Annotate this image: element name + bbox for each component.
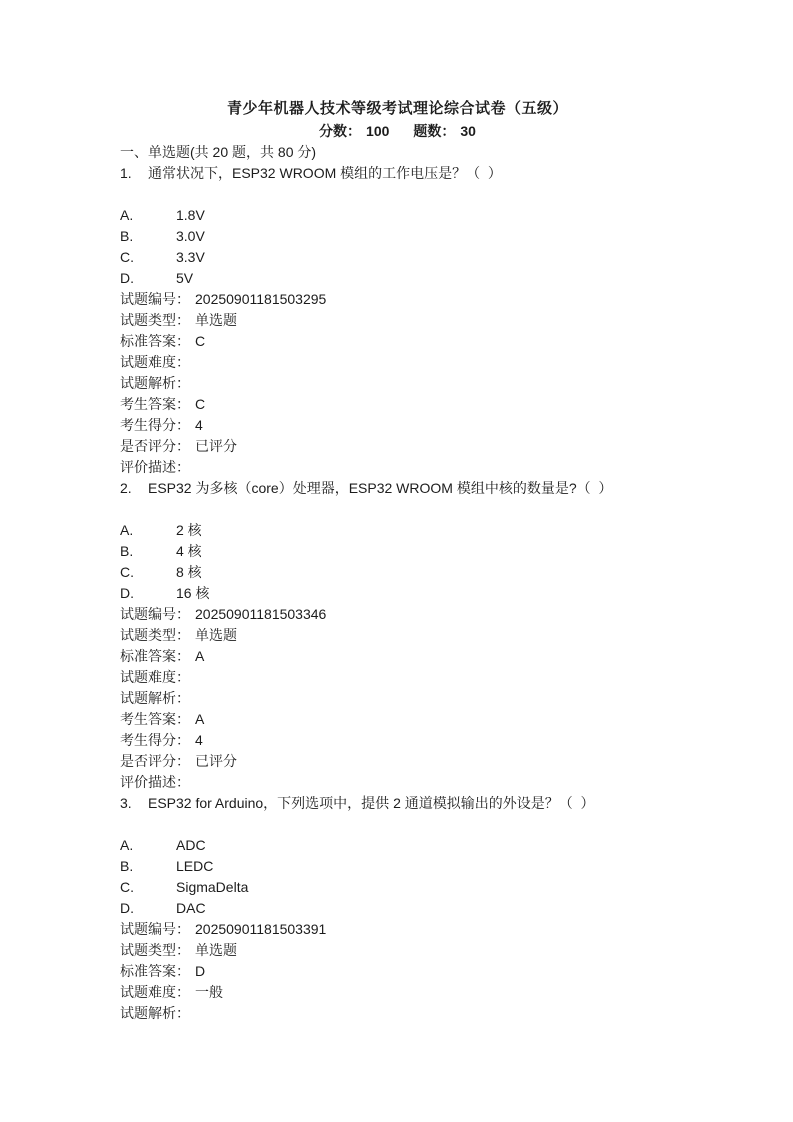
- meta-value: 一般: [195, 984, 223, 1000]
- meta-value: 4: [195, 417, 203, 433]
- meta-value: C: [195, 333, 205, 349]
- question-text: ESP32 为多核（core）处理器，ESP32 WROOM 模组中核的数量是?…: [148, 480, 612, 496]
- meta-standard-answer: 标准答案：D: [120, 961, 675, 982]
- option-a: A.2 核: [120, 520, 675, 541]
- meta-value: 已评分: [195, 438, 237, 454]
- meta-student-score: 考生得分：4: [120, 415, 675, 436]
- option-d: D.5V: [120, 268, 675, 289]
- question-text: ESP32 for Arduino，下列选项中，提供 2 通道模拟输出的外设是？…: [148, 795, 595, 811]
- blank-line: [120, 499, 675, 520]
- meta-label: 试题类型：: [120, 312, 190, 328]
- meta-label: 试题编号：: [120, 606, 190, 622]
- option-letter: B.: [120, 856, 176, 877]
- meta-label: 试题类型：: [120, 942, 190, 958]
- meta-value: 20250901181503295: [195, 291, 326, 307]
- question-count-value: 30: [460, 123, 476, 139]
- option-text: 3.0V: [176, 228, 205, 244]
- option-letter: C.: [120, 877, 176, 898]
- meta-label: 试题解析：: [120, 1005, 190, 1021]
- meta-value: A: [195, 711, 204, 727]
- meta-label: 试题难度：: [120, 984, 190, 1000]
- question-block-2: 2.ESP32 为多核（core）处理器，ESP32 WROOM 模组中核的数量…: [120, 478, 675, 793]
- option-c: C.SigmaDelta: [120, 877, 675, 898]
- option-letter: C.: [120, 562, 176, 583]
- meta-value: 已评分: [195, 753, 237, 769]
- option-text: LEDC: [176, 858, 213, 874]
- option-text: 4 核: [176, 543, 202, 559]
- question-text: 通常状况下，ESP32 WROOM 模组的工作电压是？（ ）: [148, 165, 502, 181]
- meta-question-type: 试题类型：单选题: [120, 310, 675, 331]
- question-number: 2.: [120, 478, 148, 499]
- meta-label: 试题难度：: [120, 354, 190, 370]
- meta-value: 单选题: [195, 627, 237, 643]
- meta-value: 单选题: [195, 312, 237, 328]
- meta-value: 20250901181503346: [195, 606, 326, 622]
- section-heading: 一、单选题(共 20 题，共 80 分): [120, 142, 675, 163]
- option-text: 1.8V: [176, 207, 205, 223]
- page-title: 青少年机器人技术等级考试理论综合试卷（五级）: [120, 96, 675, 121]
- meta-label: 是否评分：: [120, 438, 190, 454]
- meta-evaluation: 评价描述：: [120, 772, 675, 793]
- option-letter: B.: [120, 226, 176, 247]
- meta-label: 试题解析：: [120, 690, 190, 706]
- meta-value: A: [195, 648, 204, 664]
- exam-document-page: 青少年机器人技术等级考试理论综合试卷（五级） 分数：100 题数：30 一、单选…: [0, 0, 793, 1122]
- option-b: B.3.0V: [120, 226, 675, 247]
- meta-student-score: 考生得分：4: [120, 730, 675, 751]
- option-letter: A.: [120, 520, 176, 541]
- meta-difficulty: 试题难度：: [120, 352, 675, 373]
- question-number: 1.: [120, 163, 148, 184]
- question-block-3: 3.ESP32 for Arduino，下列选项中，提供 2 通道模拟输出的外设…: [120, 793, 675, 1024]
- option-letter: B.: [120, 541, 176, 562]
- meta-value: 4: [195, 732, 203, 748]
- meta-question-type: 试题类型：单选题: [120, 940, 675, 961]
- meta-analysis: 试题解析：: [120, 688, 675, 709]
- option-text: DAC: [176, 900, 206, 916]
- score-label: 分数：: [319, 123, 361, 139]
- blank-line: [120, 814, 675, 835]
- meta-standard-answer: 标准答案：C: [120, 331, 675, 352]
- question-number: 3.: [120, 793, 148, 814]
- meta-label: 试题编号：: [120, 921, 190, 937]
- meta-value: 单选题: [195, 942, 237, 958]
- score-value: 100: [366, 123, 389, 139]
- option-b: B.4 核: [120, 541, 675, 562]
- meta-label: 试题类型：: [120, 627, 190, 643]
- meta-label: 是否评分：: [120, 753, 190, 769]
- option-d: D.16 核: [120, 583, 675, 604]
- meta-label: 试题解析：: [120, 375, 190, 391]
- meta-difficulty: 试题难度：一般: [120, 982, 675, 1003]
- meta-label: 考生得分：: [120, 417, 190, 433]
- meta-value: C: [195, 396, 205, 412]
- meta-student-answer: 考生答案：C: [120, 394, 675, 415]
- meta-graded-status: 是否评分：已评分: [120, 751, 675, 772]
- meta-analysis: 试题解析：: [120, 373, 675, 394]
- meta-label: 标准答案：: [120, 648, 190, 664]
- option-c: C.8 核: [120, 562, 675, 583]
- option-text: SigmaDelta: [176, 879, 248, 895]
- meta-standard-answer: 标准答案：A: [120, 646, 675, 667]
- option-c: C.3.3V: [120, 247, 675, 268]
- meta-label: 评价描述：: [120, 459, 190, 475]
- meta-label: 考生得分：: [120, 732, 190, 748]
- meta-evaluation: 评价描述：: [120, 457, 675, 478]
- meta-student-answer: 考生答案：A: [120, 709, 675, 730]
- meta-label: 评价描述：: [120, 774, 190, 790]
- meta-label: 标准答案：: [120, 333, 190, 349]
- question-stem: 3.ESP32 for Arduino，下列选项中，提供 2 通道模拟输出的外设…: [120, 793, 675, 814]
- option-text: ADC: [176, 837, 206, 853]
- meta-value: 20250901181503391: [195, 921, 326, 937]
- meta-label: 试题难度：: [120, 669, 190, 685]
- option-text: 16 核: [176, 585, 209, 601]
- question-stem: 1.通常状况下，ESP32 WROOM 模组的工作电压是？（ ）: [120, 163, 675, 184]
- option-letter: C.: [120, 247, 176, 268]
- question-count-label: 题数：: [413, 123, 455, 139]
- meta-value: D: [195, 963, 205, 979]
- option-letter: A.: [120, 835, 176, 856]
- option-text: 5V: [176, 270, 193, 286]
- meta-label: 试题编号：: [120, 291, 190, 307]
- meta-label: 考生答案：: [120, 396, 190, 412]
- question-stem: 2.ESP32 为多核（core）处理器，ESP32 WROOM 模组中核的数量…: [120, 478, 675, 499]
- meta-question-id: 试题编号：20250901181503346: [120, 604, 675, 625]
- score-stat: 分数：100: [319, 121, 389, 142]
- meta-question-type: 试题类型：单选题: [120, 625, 675, 646]
- option-text: 3.3V: [176, 249, 205, 265]
- question-block-1: 1.通常状况下，ESP32 WROOM 模组的工作电压是？（ ） A.1.8V …: [120, 163, 675, 478]
- blank-line: [120, 184, 675, 205]
- meta-graded-status: 是否评分：已评分: [120, 436, 675, 457]
- meta-question-id: 试题编号：20250901181503391: [120, 919, 675, 940]
- option-a: A.1.8V: [120, 205, 675, 226]
- meta-question-id: 试题编号：20250901181503295: [120, 289, 675, 310]
- option-a: A.ADC: [120, 835, 675, 856]
- meta-label: 考生答案：: [120, 711, 190, 727]
- option-text: 2 核: [176, 522, 202, 538]
- exam-stats: 分数：100 题数：30: [120, 121, 675, 142]
- meta-difficulty: 试题难度：: [120, 667, 675, 688]
- option-d: D.DAC: [120, 898, 675, 919]
- question-count-stat: 题数：30: [413, 121, 476, 142]
- option-b: B.LEDC: [120, 856, 675, 877]
- option-text: 8 核: [176, 564, 202, 580]
- meta-analysis: 试题解析：: [120, 1003, 675, 1024]
- option-letter: D.: [120, 898, 176, 919]
- option-letter: D.: [120, 268, 176, 289]
- option-letter: A.: [120, 205, 176, 226]
- option-letter: D.: [120, 583, 176, 604]
- meta-label: 标准答案：: [120, 963, 190, 979]
